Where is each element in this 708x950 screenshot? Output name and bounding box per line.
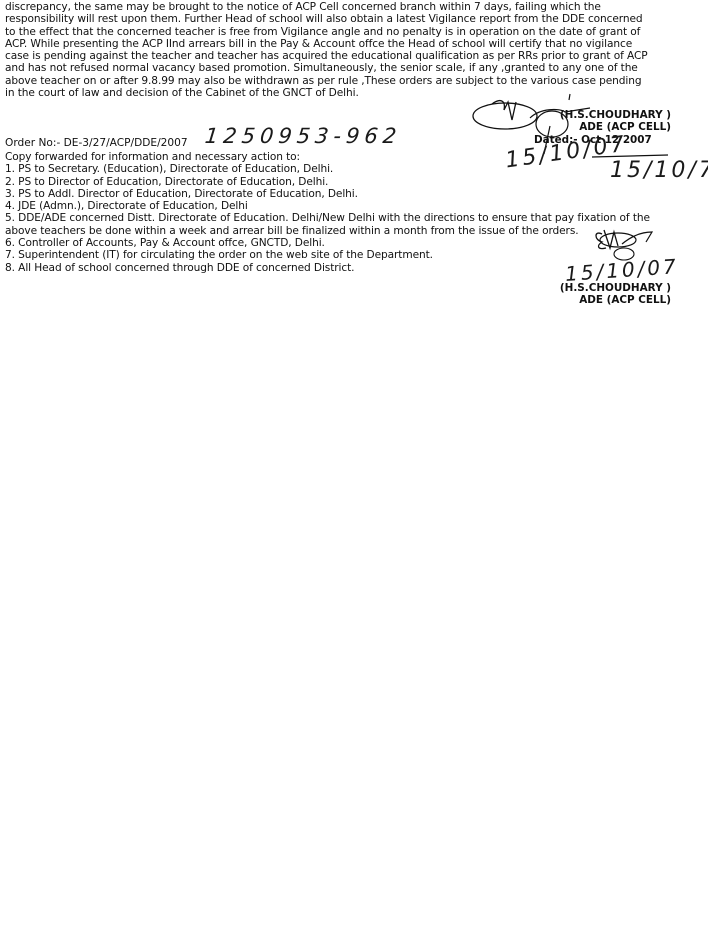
copy-forwarded-list: Copy forwarded for information and neces… — [5, 151, 650, 274]
copy-item: 7. Superintendent (IT) for circulating t… — [5, 249, 650, 261]
signatory-2: (H.S.CHOUDHARY ) ADE (ACP CELL) — [560, 282, 671, 306]
order-body-paragraph: discrepancy, the same may be brought to … — [5, 1, 705, 99]
body-line: discrepancy, the same may be brought to … — [5, 1, 705, 13]
signatory-1-name: (H.S.CHOUDHARY ) — [560, 109, 671, 121]
copy-item: 8. All Head of school concerned through … — [5, 262, 650, 274]
body-line: to the effect that the concerned teacher… — [5, 26, 705, 38]
signatory-2-name: (H.S.CHOUDHARY ) — [560, 282, 671, 294]
copy-item: above teachers be done within a week and… — [5, 225, 650, 237]
handwritten-order-range: 1250953-962 — [204, 124, 403, 148]
body-line: above teacher on or after 9.8.99 may als… — [5, 75, 705, 87]
body-line: and has not refused normal vacancy based… — [5, 62, 705, 74]
signatory-1: (H.S.CHOUDHARY ) ADE (ACP CELL) — [560, 109, 671, 133]
copy-item: 2. PS to Director of Education, Director… — [5, 176, 650, 188]
copy-item: 5. DDE/ADE concerned Distt. Directorate … — [5, 212, 650, 224]
order-number: Order No:- DE-3/27/ACP/DDE/2007 — [5, 137, 188, 149]
signatory-2-designation: ADE (ACP CELL) — [560, 294, 671, 306]
copy-heading: Copy forwarded for information and neces… — [5, 151, 650, 163]
body-line: case is pending against the teacher and … — [5, 50, 705, 62]
copy-item: 6. Controller of Accounts, Pay & Account… — [5, 237, 650, 249]
signatory-1-designation: ADE (ACP CELL) — [560, 121, 671, 133]
body-line: ACP. While presenting the ACP IInd arrea… — [5, 38, 705, 50]
copy-item: 3. PS to Addl. Director of Education, Di… — [5, 188, 650, 200]
copy-item: 4. JDE (Admn.), Directorate of Education… — [5, 200, 650, 212]
copy-item: 1. PS to Secretary. (Education), Directo… — [5, 163, 650, 175]
body-line: responsibility will rest upon them. Furt… — [5, 13, 705, 25]
